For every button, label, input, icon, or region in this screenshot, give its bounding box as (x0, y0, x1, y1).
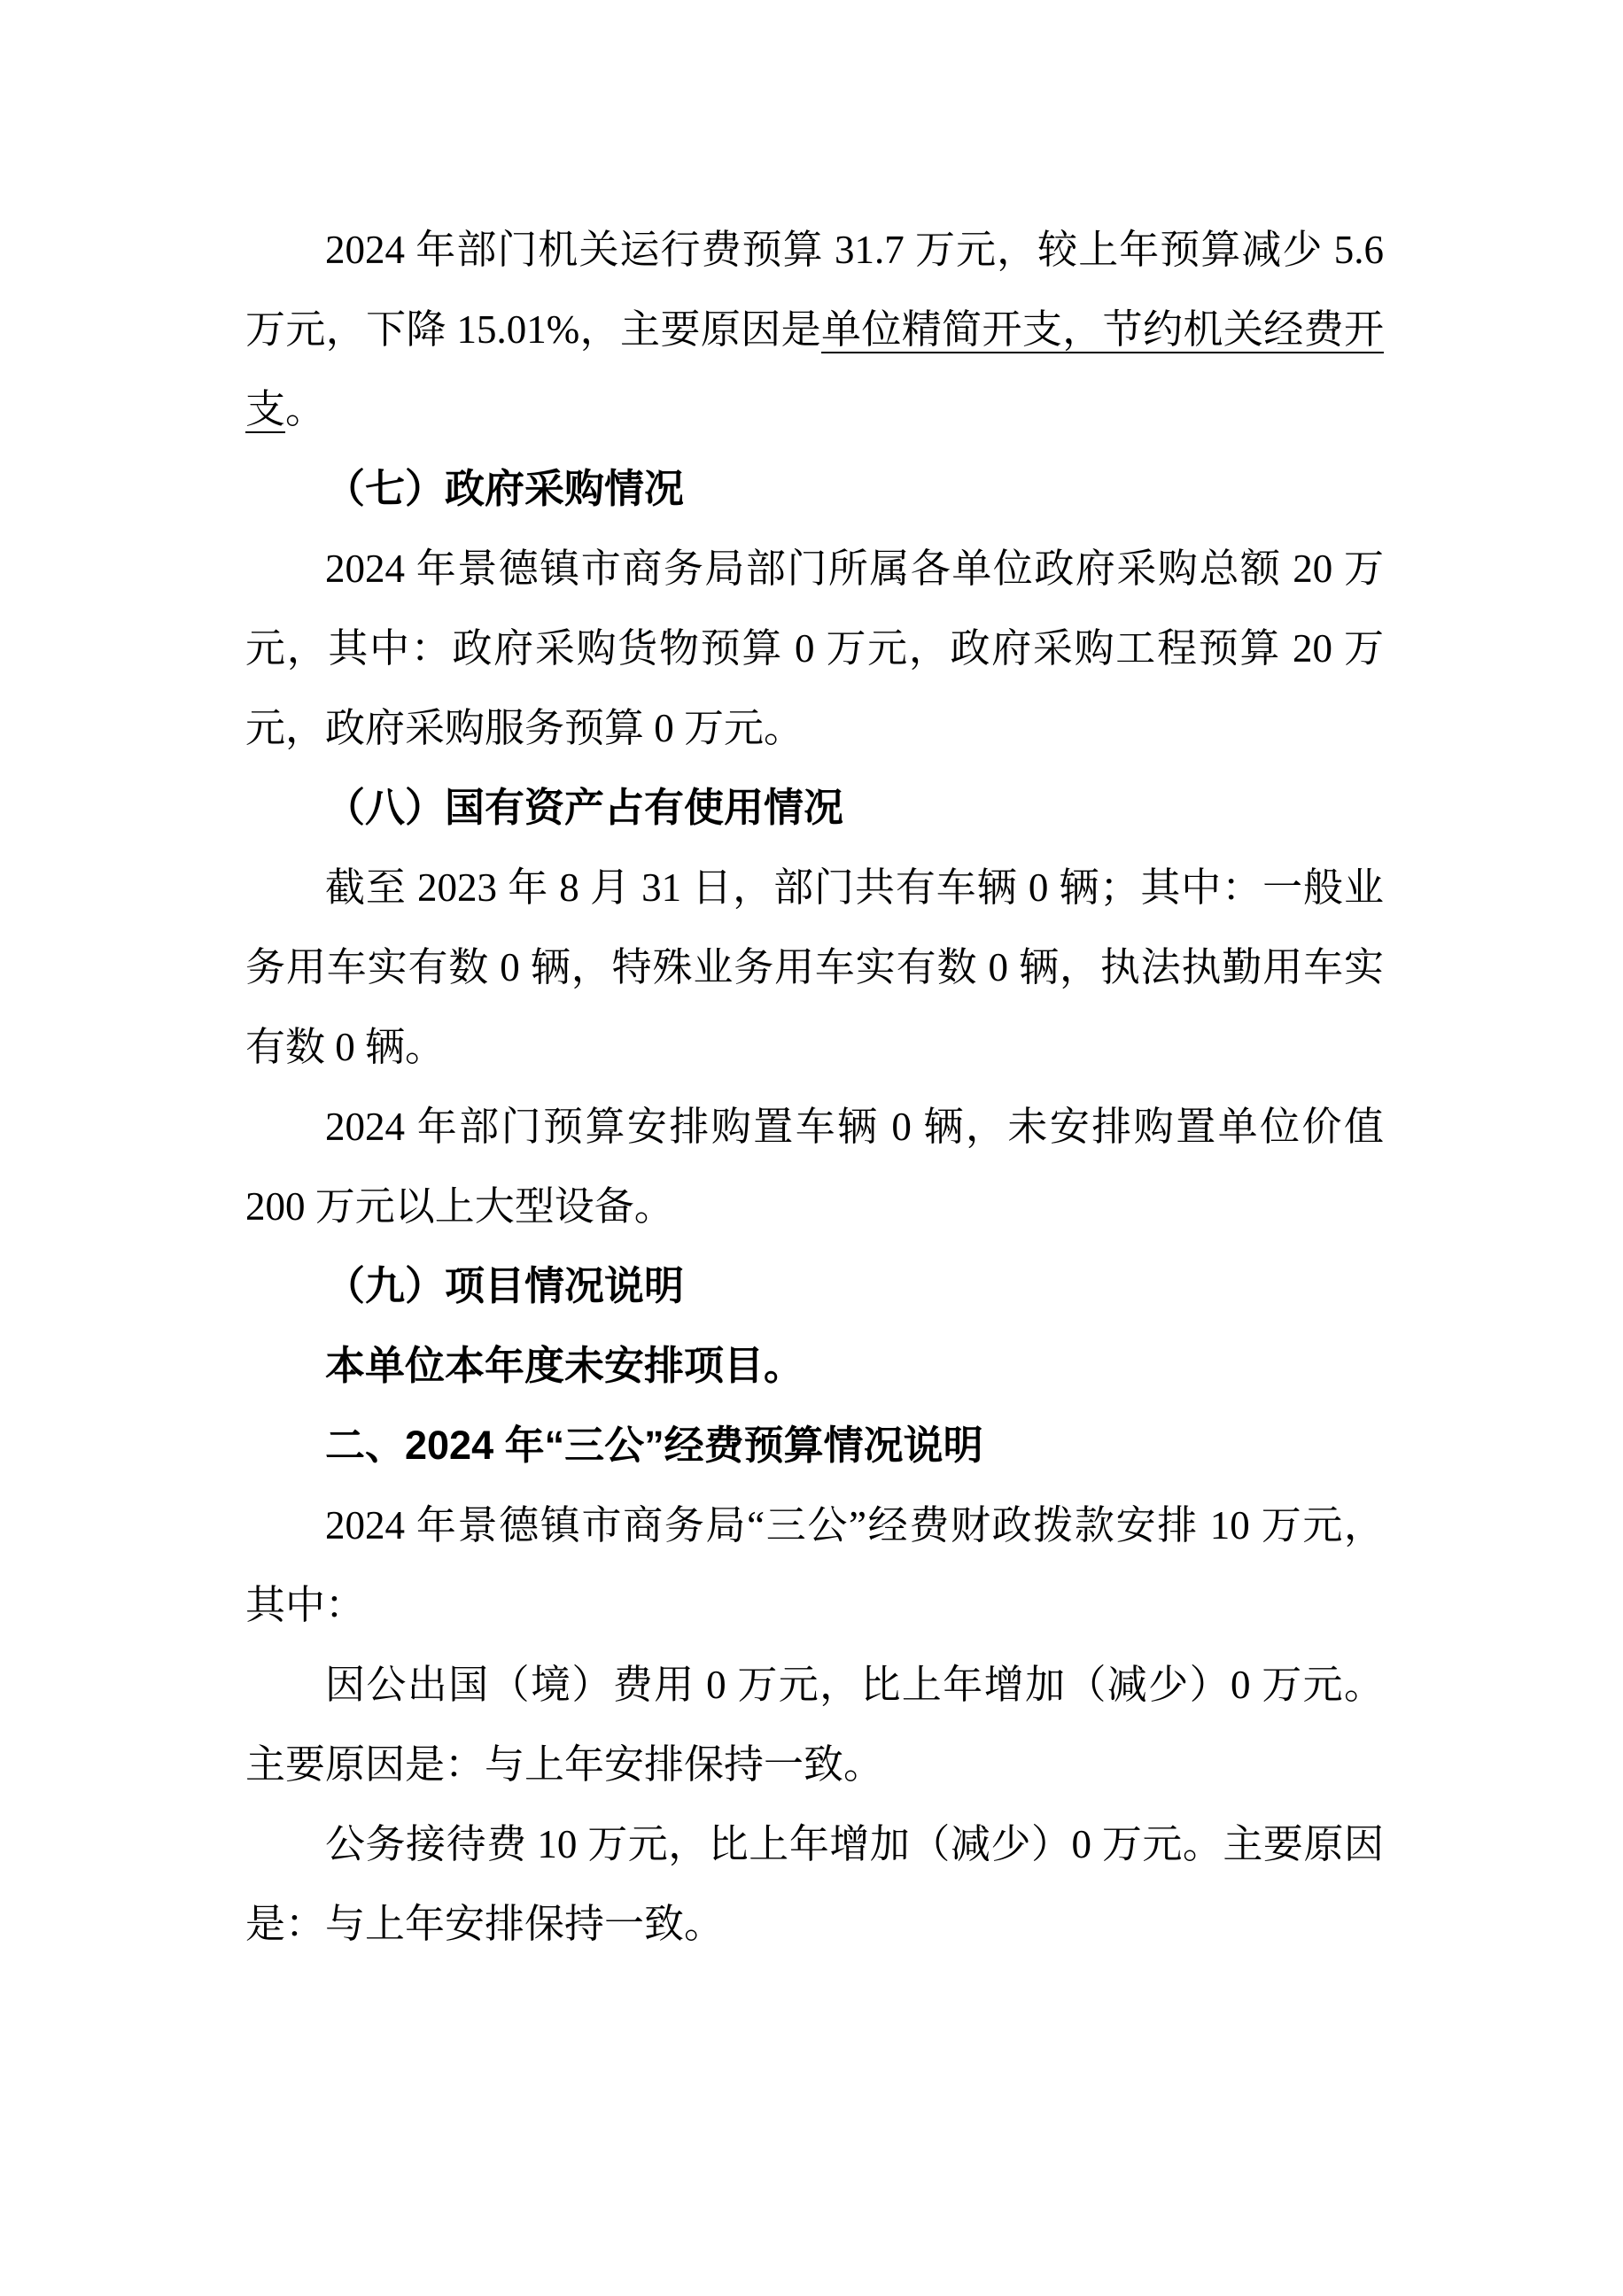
paragraph-state-assets-vehicles: 截至 2023 年 8 月 31 日，部门共有车辆 0 辆；其中：一般业务用车实… (245, 848, 1384, 1087)
paragraph-heading-9-project-description: （九）项目情况说明 (245, 1246, 1384, 1326)
text-segment: （七）政府采购情况 (325, 467, 684, 511)
text-segment: 因公出国（境）费用 0 万元，比上年增加（减少）0 万元。主要原因是：与上年安排… (245, 1663, 1384, 1787)
text-segment: 二、2024 年“三公”经费预算情况说明 (325, 1423, 983, 1468)
paragraph-government-procurement-detail: 2024 年景德镇市商务局部门所属各单位政府采购总额 20 万元，其中：政府采购… (245, 529, 1384, 768)
text-segment: 2024 年景德镇市商务局“三公”经费财政拨款安排 10 万元，其中： (245, 1503, 1384, 1627)
paragraph-heading-8-state-assets: （八）国有资产占有使用情况 (245, 768, 1384, 848)
paragraph-heading-2-three-public-funds: 二、2024 年“三公”经费预算情况说明 (245, 1406, 1384, 1485)
text-segment: 截至 2023 年 8 月 31 日，部门共有车辆 0 辆；其中：一般业务用车实… (245, 865, 1384, 1069)
paragraph-machine-operating-cost: 2024 年部门机关运行费预算 31.7 万元，较上年预算减少 5.6 万元，下… (245, 210, 1384, 449)
text-segment: （八）国有资产占有使用情况 (325, 786, 843, 830)
paragraph-official-reception-expense: 公务接待费 10 万元，比上年增加（减少）0 万元。主要原因是：与上年安排保持一… (245, 1804, 1384, 1964)
paragraph-three-public-funds-total: 2024 年景德镇市商务局“三公”经费财政拨款安排 10 万元，其中： (245, 1485, 1384, 1645)
paragraph-no-projects-arranged: 本单位本年度未安排项目。 (245, 1326, 1384, 1406)
text-segment: 。 (285, 387, 325, 431)
document-body: 2024 年部门机关运行费预算 31.7 万元，较上年预算减少 5.6 万元，下… (245, 210, 1384, 1964)
paragraph-vehicle-purchase-plan: 2024 年部门预算安排购置车辆 0 辆，未安排购置单位价值 200 万元以上大… (245, 1087, 1384, 1246)
text-segment: 2024 年景德镇市商务局部门所属各单位政府采购总额 20 万元，其中：政府采购… (245, 547, 1384, 750)
text-segment: 2024 年部门预算安排购置车辆 0 辆，未安排购置单位价值 200 万元以上大… (245, 1105, 1384, 1229)
text-segment: 公务接待费 10 万元，比上年增加（减少）0 万元。主要原因是：与上年安排保持一… (245, 1822, 1384, 1946)
paragraph-overseas-travel-expense: 因公出国（境）费用 0 万元，比上年增加（减少）0 万元。主要原因是：与上年安排… (245, 1645, 1384, 1804)
text-segment: （九）项目情况说明 (325, 1264, 684, 1308)
paragraph-heading-7-government-procurement: （七）政府采购情况 (245, 449, 1384, 529)
document-page: 2024 年部门机关运行费预算 31.7 万元，较上年预算减少 5.6 万元，下… (0, 0, 1623, 2296)
text-segment: 本单位本年度未安排项目。 (325, 1344, 804, 1388)
